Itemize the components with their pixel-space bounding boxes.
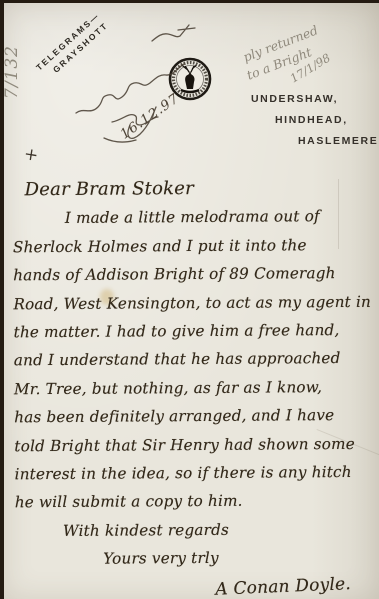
body-line: Road, West Kensington, to act as my agen…	[13, 287, 377, 318]
body-line: he will submit a copy to him.	[15, 486, 379, 517]
letterhead-address-line3: HASLEMERE.	[298, 135, 379, 147]
letterhead-address-line1: UNDERSHAW,	[251, 93, 338, 105]
letter-body: Dear Bram Stoker I made a little melodra…	[13, 174, 379, 599]
body-line: Sherlock Holmes and I put it into the	[13, 231, 377, 262]
letterhead-address-line2: HINDHEAD,	[275, 114, 348, 126]
body-line: the matter. I had to give him a free han…	[14, 316, 378, 347]
body-line: has been definitely arranged, and I have	[14, 401, 378, 432]
body-line: Mr. Tree, but nothing, as far as I know,	[14, 373, 378, 404]
closing-line: With kindest regards	[63, 515, 379, 546]
archive-number: 7/132	[2, 45, 22, 99]
closing-line: Yours very trly	[103, 543, 379, 573]
salutation: Dear Bram Stoker	[25, 174, 377, 205]
letter-paper: 7/132 TELEGRAMS— GRAYSHOTT UNDERSHAW, HI…	[4, 3, 379, 599]
body-line: told Bright that Sir Henry had shown som…	[14, 429, 378, 460]
body-line: I made a little melodrama out of	[65, 202, 377, 233]
plus-mark: +	[23, 144, 40, 166]
signature: A Conan Doyle.	[215, 569, 379, 599]
body-line: hands of Addison Bright of 89 Comeragh	[13, 259, 377, 290]
ink-scrawl-annotation	[64, 21, 219, 153]
body-line: interest in the idea, so if there is any…	[15, 458, 379, 489]
body-line: and I understand that he has approached	[14, 344, 378, 375]
